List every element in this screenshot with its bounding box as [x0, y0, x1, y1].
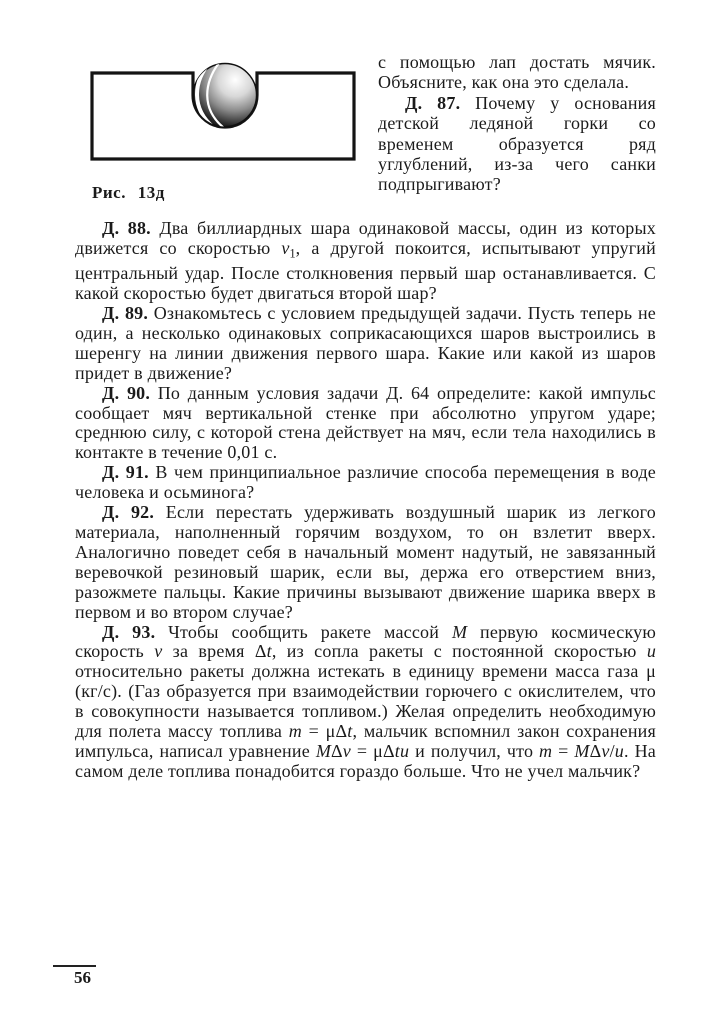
text-segment: M [574, 741, 589, 761]
problem-91: Д. 91. В чем принципиальное различие спо… [75, 463, 656, 503]
text-segment: По данным условия задачи Д. 64 определит… [75, 383, 656, 463]
text-segment: u [647, 641, 656, 661]
problems-text-column: Д. 88. Два биллиардных шара одинаковой м… [75, 219, 656, 782]
text-segment: = μΔ [302, 721, 347, 741]
text-segment: m [539, 741, 552, 761]
page-number: 56 [74, 968, 91, 988]
problem-label: Д. 87. [405, 93, 460, 113]
text-segment: за время Δ [162, 641, 266, 661]
text-segment: и получил, что [409, 741, 539, 761]
text-segment: Δ [590, 741, 602, 761]
text-segment: v [281, 238, 289, 258]
figure-caption: Рис. 13д [92, 183, 356, 203]
text-segment: u [615, 741, 624, 761]
text-segment: M [316, 741, 331, 761]
problem-92: Д. 92. Если перестать удерживать воздушн… [75, 503, 656, 622]
text-segment: v [601, 741, 609, 761]
text-segment: Ознакомьтесь с условием предыдущей задач… [75, 303, 656, 383]
text-segment: tu [395, 741, 409, 761]
text-segment: Если перестать удерживать воздушный шари… [75, 502, 656, 622]
problem-label: Д. 92. [102, 502, 154, 522]
problem-label: Д. 90. [102, 383, 150, 403]
figure-13d: Рис. 13д [90, 56, 356, 203]
problem-label: Д. 91. [102, 462, 149, 482]
problem-88: Д. 88. Два биллиардных шара одинаковой м… [75, 219, 656, 304]
problem-89: Д. 89. Ознакомьтесь с условием предыдуще… [75, 304, 656, 384]
page-number-rule [53, 965, 96, 967]
text-segment: v [343, 741, 351, 761]
problem-label: Д. 93. [102, 622, 155, 642]
text-segment: = [552, 741, 574, 761]
problem-90: Д. 90. По данным условия задачи Д. 64 оп… [75, 384, 656, 464]
text-segment: M [452, 622, 467, 642]
text-segment: В чем принципиальное различие способа пе… [75, 462, 656, 502]
text-segment: m [289, 721, 302, 741]
continuation-text: с помощью лап достать мячик. Объясните, … [378, 52, 656, 93]
problem-87: Д. 87. Почему у основания детской ледяно… [378, 93, 656, 195]
text-segment: , из сопла ракеты с постоянной скоростью [272, 641, 647, 661]
problem-label: Д. 89. [102, 303, 148, 323]
problem-93: Д. 93. Чтобы сообщить ракете массой M пе… [75, 623, 656, 782]
text-segment: с помощью лап достать мячик. Объясните, … [378, 52, 656, 92]
problem-label: Д. 88. [102, 218, 151, 238]
text-segment: Δ [331, 741, 343, 761]
top-right-text-column: с помощью лап достать мячик. Объясните, … [378, 52, 656, 195]
figure-diagram [90, 56, 356, 162]
text-segment: Чтобы сообщить ракете массой [155, 622, 452, 642]
text-segment: = μΔ [351, 741, 395, 761]
textbook-page: Рис. 13д с помощью лап достать мячик. Об… [0, 0, 722, 1024]
